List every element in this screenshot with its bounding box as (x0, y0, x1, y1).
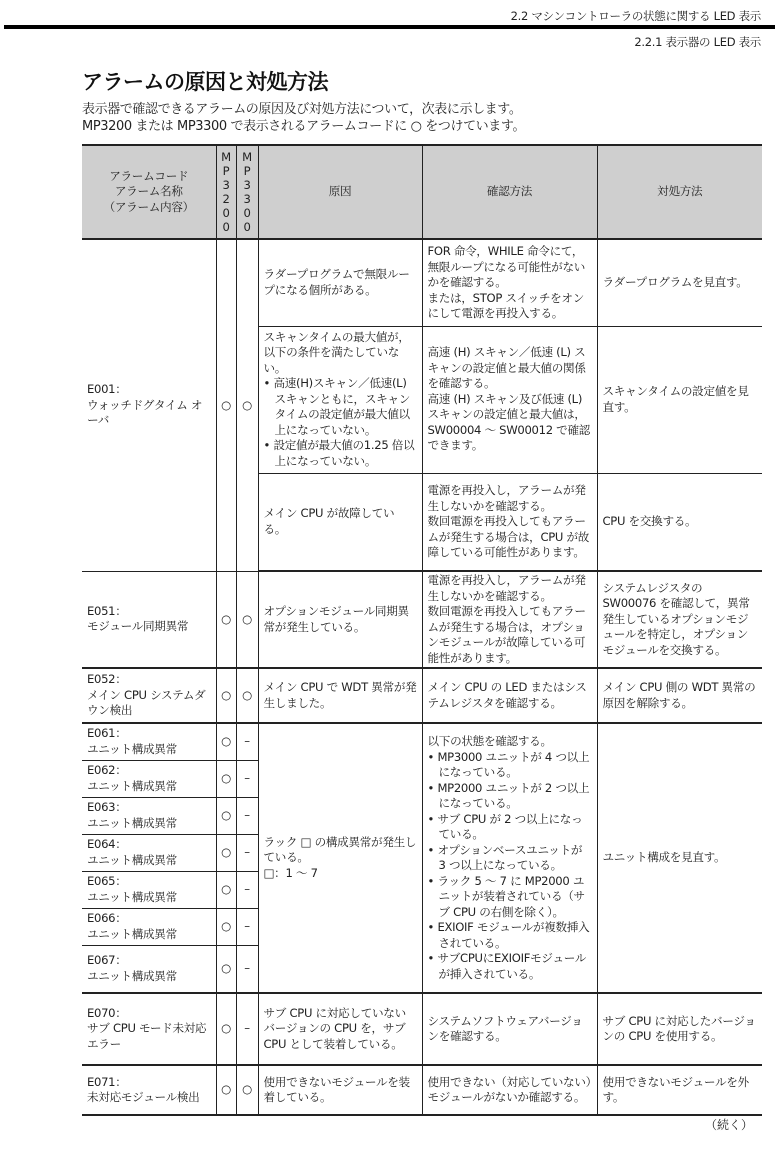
cell-check: システムソフトウェアバージョンを確認する。 (422, 993, 597, 1065)
cell-check: 電源を再投入し，アラームが発生しないかを確認する。 数回電源を再投入してもアラー… (422, 473, 597, 571)
vert-char: 3 (237, 192, 258, 206)
check-text: 電源を再投入し，アラームが発生しないかを確認する。 (428, 483, 592, 514)
check-text: 以下の状態を確認する。 (428, 734, 592, 750)
cause-text: スキャンタイムの最大値が，以下の条件を満たしていない。 (264, 330, 417, 377)
cell-cause: メイン CPU が故障している。 (258, 473, 422, 571)
alarm-code: E071： (87, 1075, 211, 1091)
check-bullet: • サブ CPU が 2 つ以上になっている。 (428, 812, 592, 843)
bullet-text: オプションベースユニットが 3 つ以上になっている。 (437, 843, 582, 873)
col-header-cause: 原因 (258, 145, 422, 239)
cell-check: 電源を再投入し，アラームが発生しないかを確認する。 数回電源を再投入してもアラー… (422, 571, 597, 668)
alarm-code: E051： (87, 604, 211, 620)
cell-alarm-code: E065： ユニット構成異常 (82, 871, 216, 908)
table-row-e052: E052： メイン CPU システムダウン検出 ○ ○ メイン CPU で WD… (82, 668, 762, 723)
bullet-text: 設定値が最大値の1.25 倍以上になっていない。 (273, 438, 414, 468)
vert-char: M (217, 150, 236, 164)
alarm-name: サブ CPU モード未対応エラー (87, 1021, 206, 1051)
col-header-mp3200: M P 3 2 0 0 (216, 145, 236, 239)
bullet-text: サブ CPU が 2 つ以上になっている。 (437, 812, 582, 842)
cause-text: □：1 ～ 7 (264, 866, 417, 882)
cell-mp3300: ○ (236, 239, 258, 571)
cell-alarm-code: E062： ユニット構成異常 (82, 760, 216, 797)
cell-mp3200: ○ (216, 571, 236, 668)
check-text: または，STOP スイッチをオンにして電源を再投入する。 (428, 291, 592, 322)
cell-check: メイン CPU の LED またはシステムレジスタを確認する。 (422, 668, 597, 723)
alarm-code: E070： (87, 1006, 211, 1022)
cell-mp3200: ○ (216, 668, 236, 723)
cell-check: 使用できない（対応していない）モジュールがないか確認する。 (422, 1065, 597, 1115)
cell-mp3200: ○ (216, 239, 236, 571)
cell-action: ユニット構成を見直す。 (597, 723, 762, 993)
vert-char: 0 (237, 220, 258, 234)
alarm-name: 未対応モジュール検出 (87, 1090, 199, 1104)
col-header-code-line: アラームコード (87, 169, 211, 185)
cell-mp3300: – (236, 993, 258, 1065)
cell-cause: ラダープログラムで無限ループになる個所がある。 (258, 239, 422, 326)
vert-char: 0 (217, 206, 236, 220)
cause-text: メイン CPU が故障している。 (264, 506, 417, 537)
cell-mp3300: ○ (236, 1065, 258, 1115)
alarm-table: アラームコード アラーム名称 （アラーム内容） M P 3 2 0 0 M P … (82, 144, 762, 1116)
table-row-e051: E051： モジュール同期異常 ○ ○ オプションモジュール同期異常が発生してい… (82, 571, 762, 668)
check-text: 高速 (H) スキャン及び低速 (L) スキャンの設定値と最大値は，SW0000… (428, 392, 592, 454)
alarm-name: ユニット構成異常 (87, 816, 177, 830)
check-bullet: • EXIOIF モジュールが複数挿入されている。 (428, 920, 592, 951)
cell-mp3300: – (236, 908, 258, 945)
alarm-name: モジュール同期異常 (87, 619, 188, 633)
cell-mp3200: ○ (216, 993, 236, 1065)
cell-alarm-code: E066： ユニット構成異常 (82, 908, 216, 945)
cause-bullet: • 高速(H)スキャン／低速(L)スキャンともに，スキャンタイムの設定値が最大値… (264, 376, 417, 438)
cell-mp3300: ○ (236, 668, 258, 723)
col-header-check: 確認方法 (422, 145, 597, 239)
alarm-name: ユニット構成異常 (87, 853, 177, 867)
bullet-text: MP3000 ユニットが 4 つ以上になっている。 (437, 750, 589, 780)
cell-cause: オプションモジュール同期異常が発生している。 (258, 571, 422, 668)
cell-mp3200: ○ (216, 723, 236, 760)
vert-char: 3 (237, 178, 258, 192)
cell-check: 以下の状態を確認する。 • MP3000 ユニットが 4 つ以上になっている。 … (422, 723, 597, 993)
cell-alarm-code: E063： ユニット構成異常 (82, 797, 216, 834)
cause-text: ラック □ の構成異常が発生している。 (264, 835, 417, 866)
cell-action: CPU を交換する。 (597, 473, 762, 571)
cell-action: スキャンタイムの設定値を見直す。 (597, 326, 762, 473)
cause-text: ラダープログラムで無限ループになる個所がある。 (264, 267, 417, 298)
cause-bullet: • 設定値が最大値の1.25 倍以上になっていない。 (264, 438, 417, 469)
cell-check: FOR 命令，WHILE 命令にて，無限ループになる可能性がないかを確認する。 … (422, 239, 597, 326)
cell-action: 使用できないモジュールを外す。 (597, 1065, 762, 1115)
alarm-code: E067： (87, 953, 211, 969)
cell-cause: ラック □ の構成異常が発生している。 □：1 ～ 7 (258, 723, 422, 993)
alarm-code: E066： (87, 911, 211, 927)
bullet-text: ラック 5 ～ 7 に MP2000 ユニットが装着されている（サブ CPU の… (437, 874, 584, 919)
table-header-row: アラームコード アラーム名称 （アラーム内容） M P 3 2 0 0 M P … (82, 145, 762, 239)
cell-alarm-code: E001： ウォッチドグタイム オーバ (82, 239, 216, 571)
section-header: 2.2 マシンコントローラの状態に関する LED 表示 (511, 8, 761, 24)
cell-cause: スキャンタイムの最大値が，以下の条件を満たしていない。 • 高速(H)スキャン／… (258, 326, 422, 473)
cell-mp3200: ○ (216, 760, 236, 797)
cell-mp3200: ○ (216, 945, 236, 993)
cell-mp3200: ○ (216, 797, 236, 834)
cell-alarm-code: E061： ユニット構成異常 (82, 723, 216, 760)
alarm-code: E061： (87, 726, 211, 742)
alarm-name: メイン CPU システムダウン検出 (87, 688, 205, 718)
alarm-name: ユニット構成異常 (87, 779, 177, 793)
check-bullet: • サブCPUにEXIOIFモジュールが挿入されている。 (428, 951, 592, 982)
col-header-code: アラームコード アラーム名称 （アラーム内容） (82, 145, 216, 239)
vert-char: M (237, 150, 258, 164)
cell-action: ラダープログラムを見直す。 (597, 239, 762, 326)
table-row-e070: E070： サブ CPU モード未対応エラー ○ – サブ CPU に対応してい… (82, 993, 762, 1065)
cell-mp3200: ○ (216, 1065, 236, 1115)
check-text: 電源を再投入し，アラームが発生しないかを確認する。 (428, 573, 592, 604)
cell-alarm-code: E051： モジュール同期異常 (82, 571, 216, 668)
cell-alarm-code: E070： サブ CPU モード未対応エラー (82, 993, 216, 1065)
table-row-e061: E061： ユニット構成異常 ○ – ラック □ の構成異常が発生している。 □… (82, 723, 762, 760)
cell-cause: 使用できないモジュールを装着している。 (258, 1065, 422, 1115)
cell-action: サブ CPU に対応したバージョンの CPU を使用する。 (597, 993, 762, 1065)
vert-char: P (237, 164, 258, 178)
col-header-mp3300: M P 3 3 0 0 (236, 145, 258, 239)
alarm-code: E052： (87, 672, 211, 688)
check-bullet: • MP3000 ユニットが 4 つ以上になっている。 (428, 750, 592, 781)
cell-check: 高速 (H) スキャン／低速 (L) スキャンの設定値と最大値の関係を確認する。… (422, 326, 597, 473)
check-text: 数回電源を再投入してもアラームが発生する場合は，オプションモジュールが故障してい… (428, 604, 592, 666)
alarm-code: E001： (87, 382, 211, 398)
intro-line-2: MP3200 または MP3300 で表示されるアラームコードに ○ をつけてい… (82, 118, 525, 135)
cell-alarm-code: E052： メイン CPU システムダウン検出 (82, 668, 216, 723)
alarm-name: ユニット構成異常 (87, 927, 177, 941)
table-row-e071: E071： 未対応モジュール検出 ○ ○ 使用できないモジュールを装着している。… (82, 1065, 762, 1115)
vert-char: 2 (217, 192, 236, 206)
check-bullet: • ラック 5 ～ 7 に MP2000 ユニットが装着されている（サブ CPU… (428, 874, 592, 921)
cell-cause: サブ CPU に対応していないバージョンの CPU を，サブ CPU として装着… (258, 993, 422, 1065)
check-bullet: • オプションベースユニットが 3 つ以上になっている。 (428, 843, 592, 874)
bullet-text: サブCPUにEXIOIFモジュールが挿入されている。 (437, 951, 586, 981)
alarm-name: ユニット構成異常 (87, 969, 177, 983)
cell-mp3300: – (236, 760, 258, 797)
intro-line-1: 表示器で確認できるアラームの原因及び対処方法について，次表に示します。 (82, 101, 525, 118)
alarm-name: ユニット構成異常 (87, 742, 177, 756)
col-header-action: 対処方法 (597, 145, 762, 239)
cell-mp3300: – (236, 834, 258, 871)
vert-char: 0 (217, 220, 236, 234)
cell-mp3200: ○ (216, 871, 236, 908)
vert-char: 0 (237, 206, 258, 220)
cell-alarm-code: E064： ユニット構成異常 (82, 834, 216, 871)
cell-mp3300: – (236, 871, 258, 908)
cell-action: システムレジスタの SW00076 を確認して，異常発生しているオプションモジュ… (597, 571, 762, 668)
intro-text: 表示器で確認できるアラームの原因及び対処方法について，次表に示します。 MP32… (82, 101, 525, 135)
cell-mp3300: – (236, 945, 258, 993)
vert-char: P (217, 164, 236, 178)
alarm-name: ユニット構成異常 (87, 890, 177, 904)
cell-mp3300: ○ (236, 571, 258, 668)
cell-mp3200: ○ (216, 908, 236, 945)
cell-mp3300: – (236, 797, 258, 834)
check-text: FOR 命令，WHILE 命令にて，無限ループになる可能性がないかを確認する。 (428, 244, 592, 291)
check-text: 数回電源を再投入してもアラームが発生する場合は，CPU が故障している可能性があ… (428, 514, 592, 561)
bullet-text: MP2000 ユニットが 2 つ以上になっている。 (437, 781, 589, 811)
page-title: アラームの原因と対処方法 (82, 66, 328, 96)
col-header-code-line: （アラーム内容） (87, 200, 211, 216)
cell-alarm-code: E071： 未対応モジュール検出 (82, 1065, 216, 1115)
alarm-code: E063： (87, 800, 211, 816)
header-rule (4, 25, 775, 29)
subsection-header: 2.2.1 表示器の LED 表示 (634, 34, 761, 50)
cell-cause: メイン CPU で WDT 異常が発生しました。 (258, 668, 422, 723)
bullet-text: EXIOIF モジュールが複数挿入されている。 (437, 920, 589, 950)
table-row-e001-a: E001： ウォッチドグタイム オーバ ○ ○ ラダープログラムで無限ループにな… (82, 239, 762, 326)
alarm-code: E064： (87, 837, 211, 853)
cell-action: メイン CPU 側の WDT 異常の原因を解除する。 (597, 668, 762, 723)
alarm-code: E065： (87, 874, 211, 890)
col-header-code-line: アラーム名称 (87, 184, 211, 200)
cell-mp3200: ○ (216, 834, 236, 871)
check-text: 高速 (H) スキャン／低速 (L) スキャンの設定値と最大値の関係を確認する。 (428, 345, 592, 392)
alarm-code: E062： (87, 763, 211, 779)
cell-alarm-code: E067： ユニット構成異常 (82, 945, 216, 993)
bullet-text: 高速(H)スキャン／低速(L)スキャンともに，スキャンタイムの設定値が最大値以上… (273, 376, 410, 437)
continued-label: （続く） (705, 1116, 753, 1133)
alarm-name: ウォッチドグタイム オーバ (87, 398, 202, 428)
cell-mp3300: – (236, 723, 258, 760)
check-bullet: • MP2000 ユニットが 2 つ以上になっている。 (428, 781, 592, 812)
vert-char: 3 (217, 178, 236, 192)
